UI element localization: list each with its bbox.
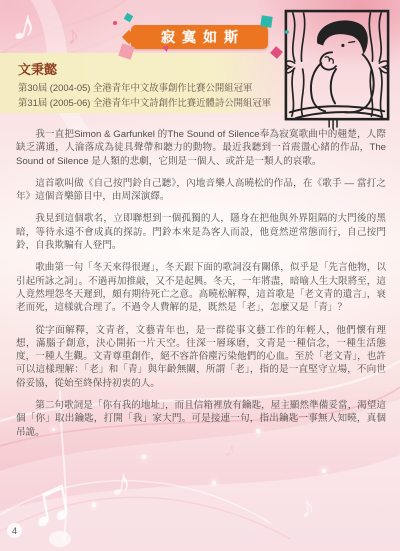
music-note-icon: ♪ bbox=[64, 21, 80, 49]
music-note-icon: ♪ bbox=[298, 492, 316, 523]
sparkle-dot bbox=[142, 455, 146, 459]
teal-square-decoration bbox=[124, 13, 134, 23]
paragraph: 歌曲第一句「冬天來得很遲」，冬天跟下面的歌詞沒有關係，似乎是「先言他物，以引起所… bbox=[16, 261, 386, 314]
title-banner: 寂寞如斯 bbox=[131, 25, 268, 49]
music-note-icon: ♫ bbox=[21, 465, 79, 536]
sparkle-dot bbox=[212, 481, 216, 485]
orange-diamond-decoration bbox=[122, 30, 136, 44]
author-award: 第30屆 (2004-05) 全港青年中文故事創作比賽公開組冠軍 bbox=[18, 81, 300, 96]
window-person-illustration bbox=[280, 8, 394, 134]
page-number-badge: 4 bbox=[7, 523, 22, 538]
page-title: 寂寞如斯 bbox=[161, 30, 245, 44]
article-body: 我一直把Simon & Garfunkel 的The Sound of Sile… bbox=[16, 128, 386, 448]
paragraph: 我見到這個歌名，立即聯想到一個孤獨的人，隱身在把他與外界阻隔的大門後的黑暗，等待… bbox=[16, 212, 386, 252]
paragraph: 這首歌叫做《自己按門鈴自己聽》，內地音樂人高曉松的作品，在《歌手 — 當打之年》… bbox=[16, 177, 386, 204]
sparkle-dot bbox=[92, 503, 96, 507]
teal-square-decoration bbox=[260, 15, 272, 27]
magazine-page: { "page": { "title": "寂寞如斯", "number": "… bbox=[0, 0, 400, 551]
sparkle-dot bbox=[322, 469, 326, 473]
author-name: 文秉懿 bbox=[18, 59, 300, 78]
paragraph: 第二句歌詞是「你有我的地址」，而且信箱裡放有鑰匙，屋主顯然準備妥當，渴望這個「你… bbox=[16, 399, 386, 439]
music-note-icon: ♪ bbox=[109, 462, 136, 505]
paragraph: 從字面解釋，文青者，文藝青年也，是一群從事文藝工作的年輕人，他們懷有理想，滿腦子… bbox=[16, 324, 386, 390]
music-note-icon: ♪ bbox=[9, 0, 42, 50]
author-info: 文秉懿 第30屆 (2004-05) 全港青年中文故事創作比賽公開組冠軍 第31… bbox=[0, 53, 300, 113]
magenta-dot-decoration bbox=[113, 21, 117, 25]
teal-dot-decoration bbox=[285, 30, 289, 34]
author-award: 第31屆 (2005-06) 全港青年中文詩創作比賽近體詩公開組冠軍 bbox=[18, 96, 300, 111]
page-number: 4 bbox=[12, 526, 17, 536]
